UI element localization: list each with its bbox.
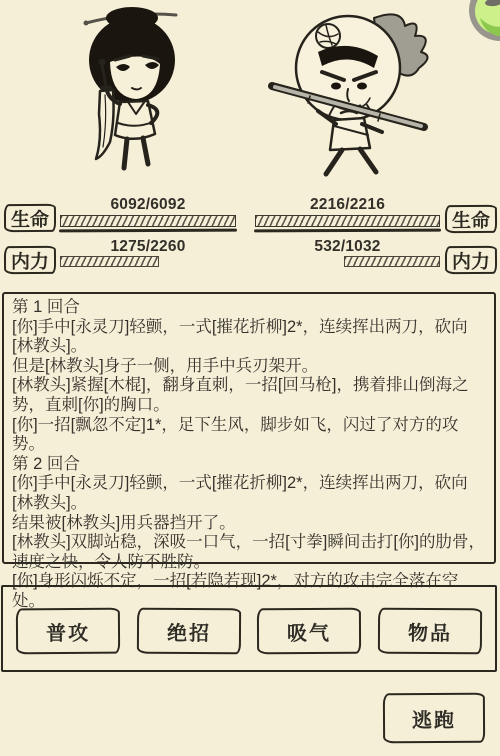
player-mp-label: 内力 [4, 246, 56, 274]
enemy-hp-bar-fill [256, 216, 439, 226]
special-move-button[interactable]: 绝招 [137, 608, 241, 655]
log-line: [林教头]双脚站稳，深吸一口气，一招[寸拳]瞬间击打[你]的肋骨，速度之快，令人… [12, 533, 486, 572]
enemy-mp-bar-fill [344, 256, 440, 267]
enemy-hp-value: 2216/2216 [255, 196, 440, 214]
escape-button[interactable]: 逃跑 [383, 693, 485, 744]
enemy-mp-value: 532/1032 [255, 238, 440, 256]
attack-button[interactable]: 普攻 [16, 608, 120, 655]
action-panel: 普攻 绝招 吸气 物品 [1, 585, 497, 672]
log-line-round-1: 第 1 回合 [12, 298, 486, 318]
enemy-hp-bar-shadow [254, 229, 441, 233]
enemy-mp-bar [255, 256, 440, 267]
log-line: 结果被[林教头]用兵器挡开了。 [12, 514, 486, 534]
player-figure [52, 2, 202, 184]
items-button[interactable]: 物品 [378, 608, 482, 655]
log-line: [你]手中[永灵刀]轻颤，一式[摧花折柳]2*，连续挥出两刀，砍向[林教头]。 [12, 318, 486, 357]
player-mp-bar-fill [60, 256, 159, 267]
battle-log: 第 1 回合 [你]手中[永灵刀]轻颤，一式[摧花折柳]2*，连续挥出两刀，砍向… [2, 292, 496, 564]
player-mp-bar [60, 256, 236, 267]
player-hp-bar-fill [61, 216, 235, 226]
log-line: [你]一招[飘忽不定]1*，足下生风，脚步如飞，闪过了对方的攻势。 [12, 416, 486, 455]
log-line: [林教头]紧握[木棍]，翻身直刺，一招[回马枪]，携着排山倒海之势，直刺[你]的… [12, 376, 486, 415]
log-line: 但是[林教头]身子一侧，用手中兵刃架开。 [12, 357, 486, 377]
enemy-figure [262, 8, 442, 178]
battle-screen: 生命 6092/6092 内力 1275/2260 2216/2216 生命 5… [0, 0, 500, 756]
log-line: [你]手中[永灵刀]轻颤，一式[摧花折柳]2*，连续挥出两刀，砍向[林教头]。 [12, 474, 486, 513]
enemy-hp-label: 生命 [445, 205, 497, 233]
player-mp-value: 1275/2260 [60, 238, 236, 256]
player-hp-bar [60, 215, 236, 227]
enemy-mp-label: 内力 [445, 246, 497, 274]
player-hp-bar-shadow [59, 229, 237, 233]
player-hp-label: 生命 [4, 204, 56, 232]
player-hp-value: 6092/6092 [60, 196, 236, 214]
log-line-round-2: 第 2 回合 [12, 455, 486, 475]
enemy-hp-bar [255, 215, 440, 227]
assistant-icon [468, 0, 500, 42]
breathe-button[interactable]: 吸气 [257, 608, 361, 655]
assistant-float-button[interactable] [468, 0, 500, 42]
